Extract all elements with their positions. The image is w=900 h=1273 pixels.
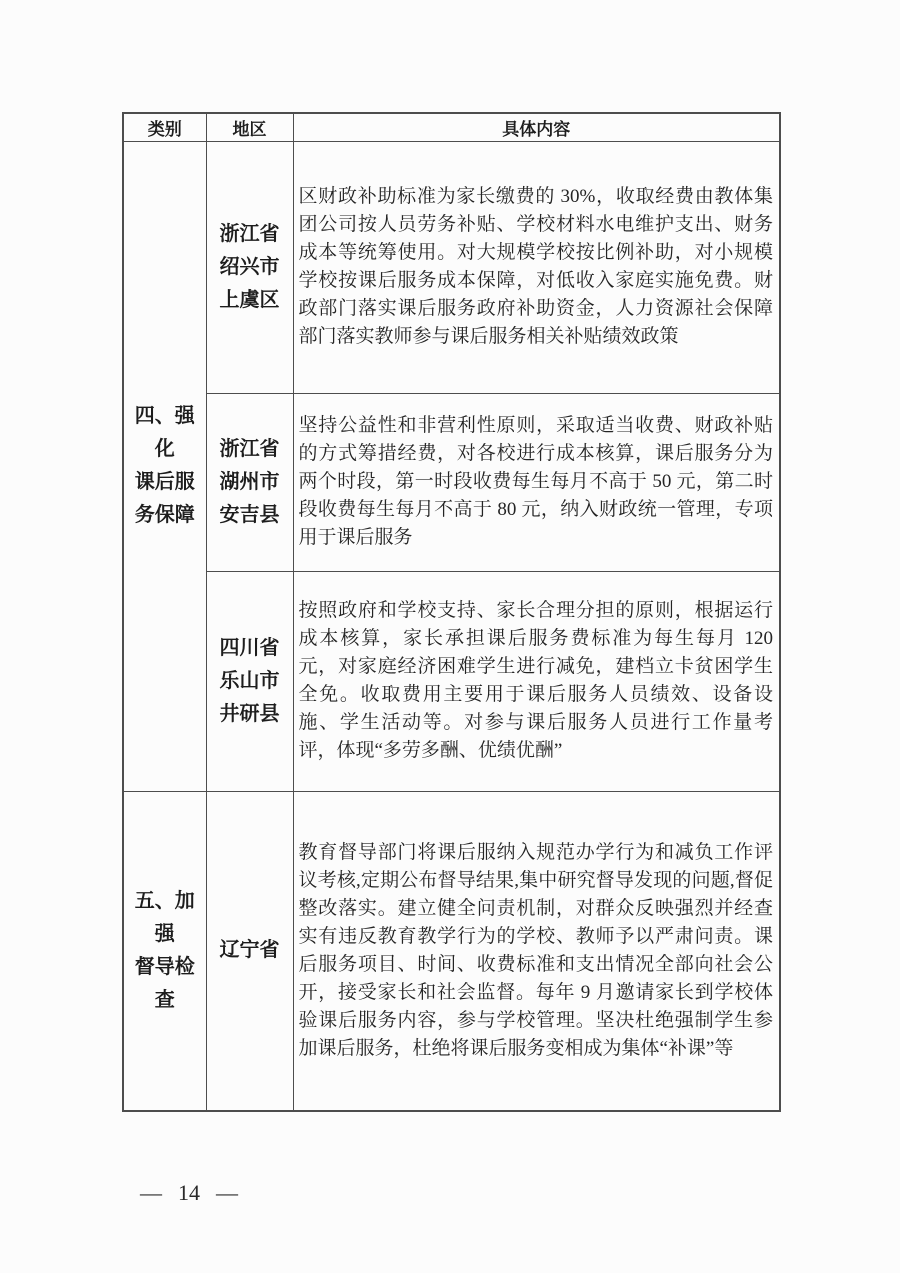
header-region: 地区 xyxy=(206,113,293,141)
policy-table-container: 类别 地区 具体内容 四、强化 课后服 务保障 浙江省 绍兴市 上虞区 区财政补… xyxy=(122,112,779,1112)
content-cell-liaoning: 教育督导部门将课后服纳入规范办学行为和减负工作评议考核,定期公布督导结果,集中研… xyxy=(293,791,780,1111)
region-cell-anji: 浙江省 湖州市 安吉县 xyxy=(206,393,293,571)
policy-table: 类别 地区 具体内容 四、强化 课后服 务保障 浙江省 绍兴市 上虞区 区财政补… xyxy=(122,112,781,1112)
header-content: 具体内容 xyxy=(293,113,780,141)
header-category: 类别 xyxy=(123,113,206,141)
region-cell-liaoning: 辽宁省 xyxy=(206,791,293,1111)
footer-right-dash: — xyxy=(216,1180,238,1206)
category-cell-qianghua-kehoufuwu: 四、强化 课后服 务保障 xyxy=(123,141,206,791)
table-row-liaoning: 五、加强 督导检 查 辽宁省 教育督导部门将课后服纳入规范办学行为和减负工作评议… xyxy=(123,791,780,1111)
table-row-jingyan: 四川省 乐山市 井研县 按照政府和学校支持、家长合理分担的原则，根据运行成本核算… xyxy=(123,571,780,791)
page-footer: —14— xyxy=(140,1180,238,1206)
region-cell-shangyu: 浙江省 绍兴市 上虞区 xyxy=(206,141,293,393)
content-cell-shangyu: 区财政补助标准为家长缴费的 30%，收取经费由教体集团公司按人员劳务补贴、学校材… xyxy=(293,141,780,393)
table-header-row: 类别 地区 具体内容 xyxy=(123,113,780,141)
table-row-anji: 浙江省 湖州市 安吉县 坚持公益性和非营利性原则，采取适当收费、财政补贴的方式筹… xyxy=(123,393,780,571)
content-cell-anji: 坚持公益性和非营利性原则，采取适当收费、财政补贴的方式筹措经费，对各校进行成本核… xyxy=(293,393,780,571)
table-row-shangyu: 四、强化 课后服 务保障 浙江省 绍兴市 上虞区 区财政补助标准为家长缴费的 3… xyxy=(123,141,780,393)
category-cell-jiaqiang-duda o: 五、加强 督导检 查 xyxy=(123,791,206,1111)
region-cell-jingyan: 四川省 乐山市 井研县 xyxy=(206,571,293,791)
page-number: 14 xyxy=(178,1180,200,1206)
footer-left-dash: — xyxy=(140,1180,162,1206)
content-cell-jingyan: 按照政府和学校支持、家长合理分担的原则，根据运行成本核算，家长承担课后服务费标准… xyxy=(293,571,780,791)
